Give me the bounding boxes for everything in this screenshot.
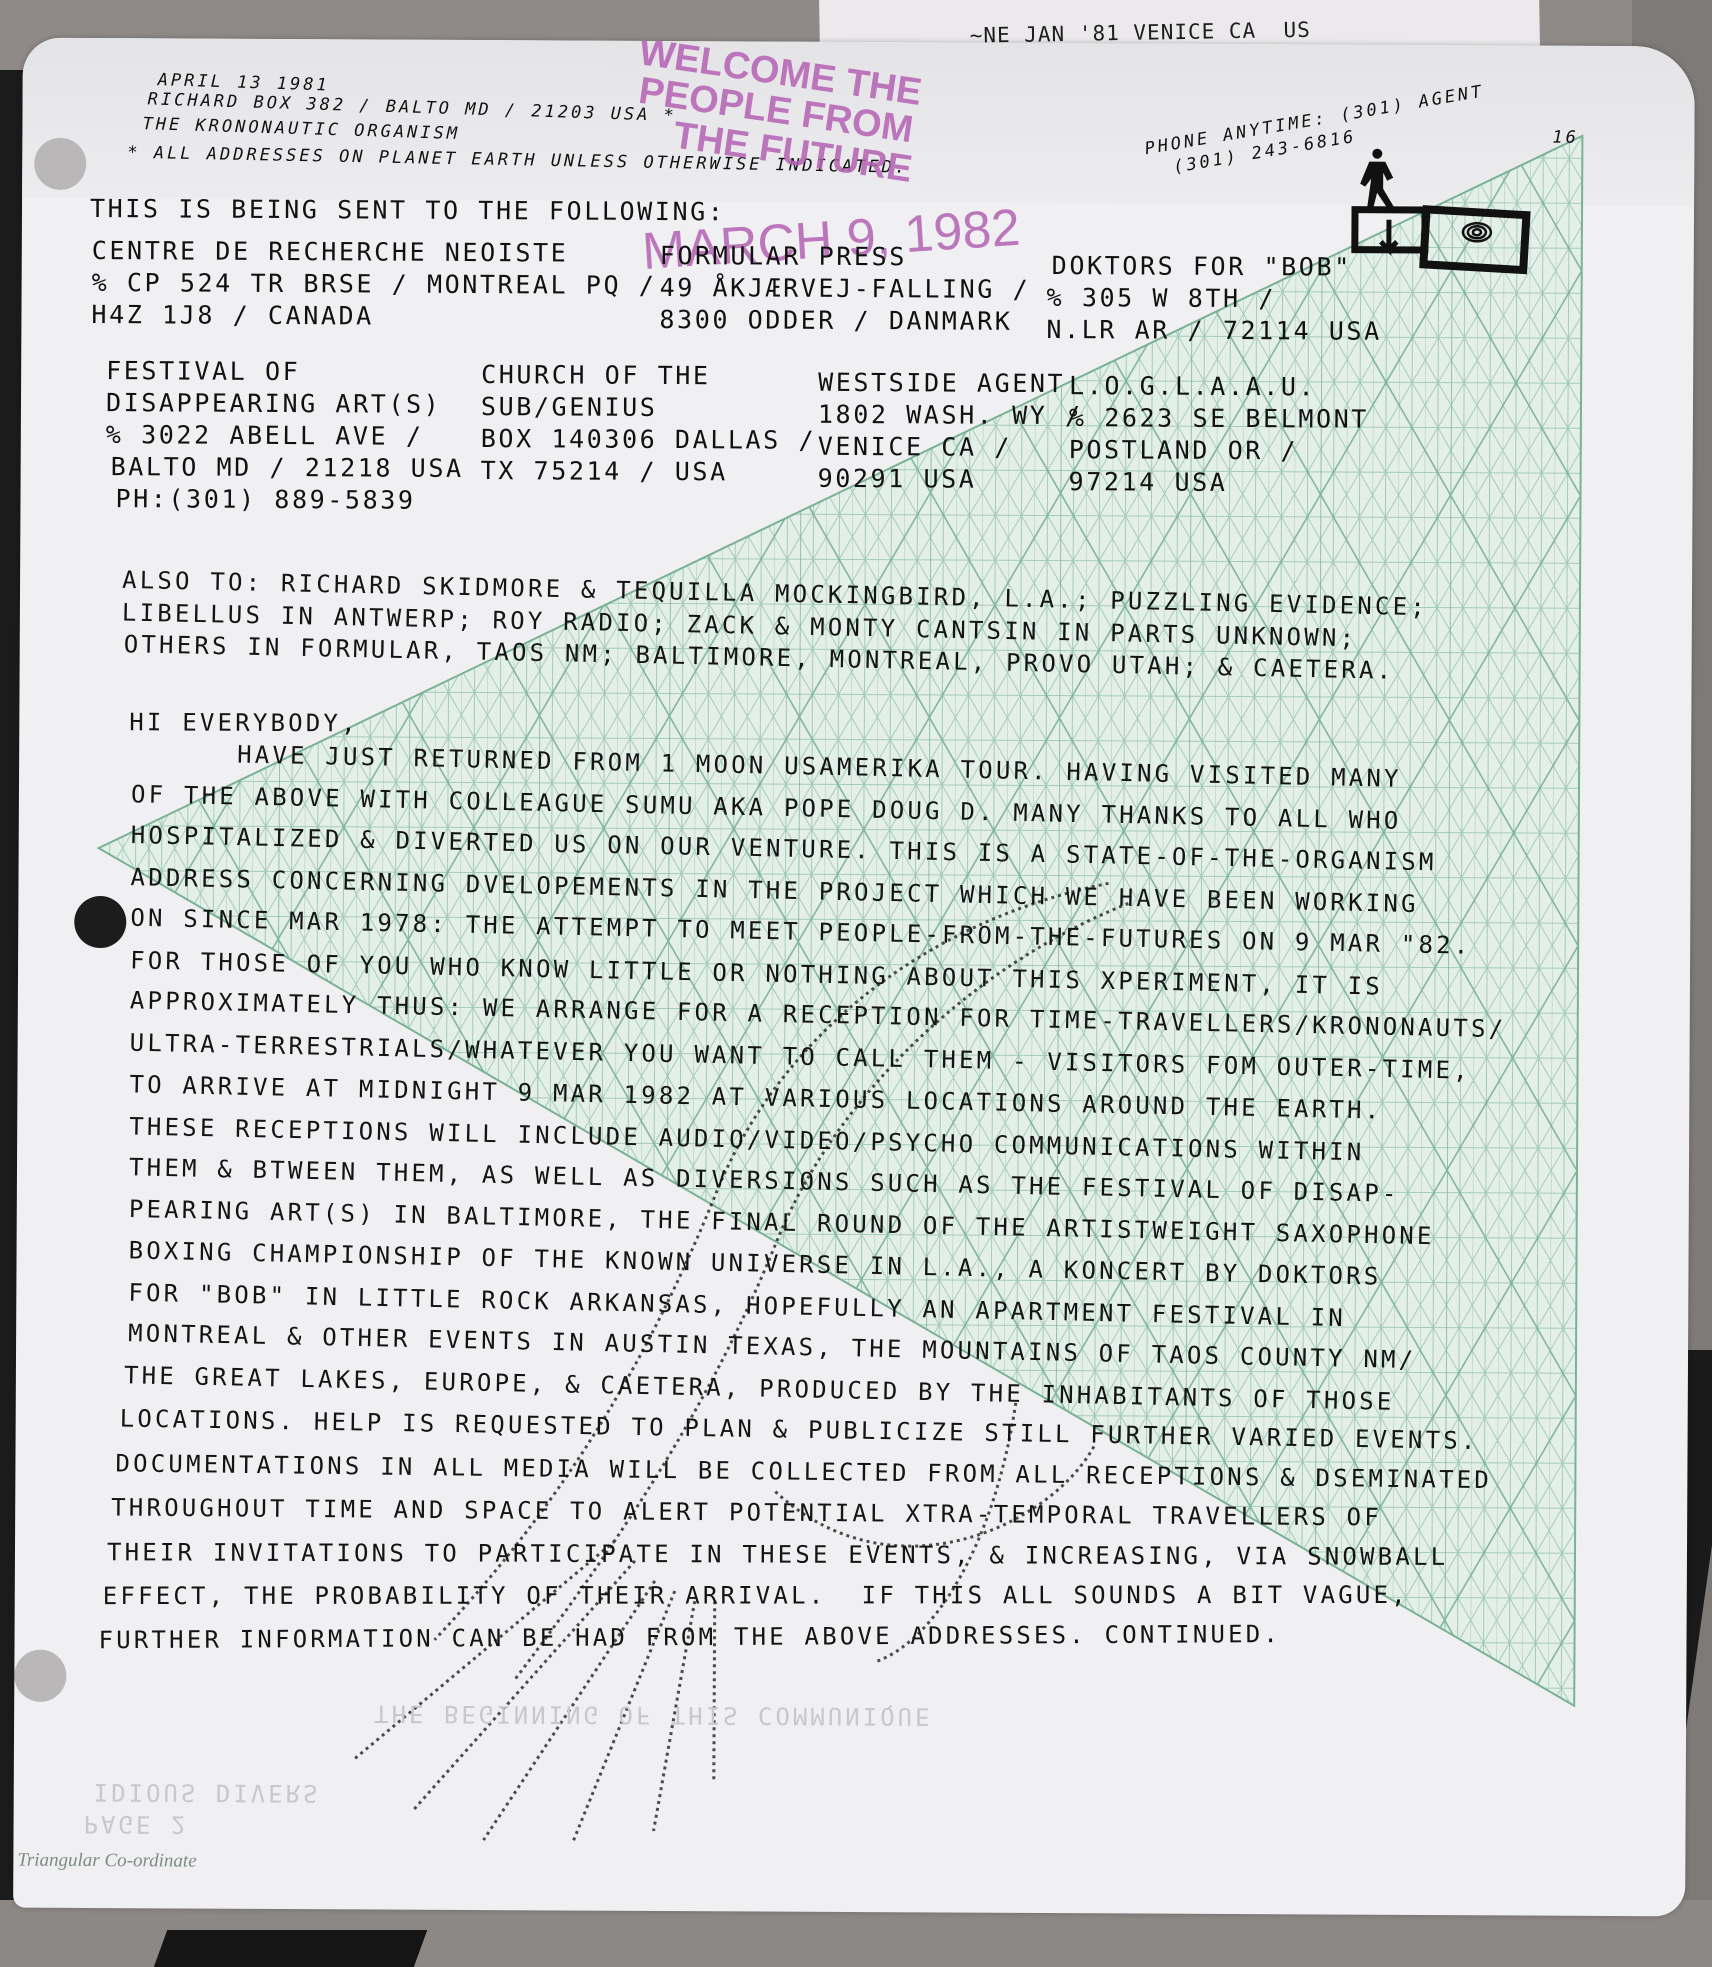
recipient-line: 1802 WASH. WY /	[818, 402, 1083, 428]
recipient-line: WESTSIDE AGENT	[818, 370, 1065, 396]
paper-brand: Triangular Co-ordinate	[17, 1850, 196, 1873]
recipient-line: CHURCH OF THE	[481, 362, 711, 388]
recipient-line: % 305 W 8TH /	[1046, 285, 1276, 311]
recipient-line: CENTRE DE RECHERCHE NEOISTE	[92, 238, 569, 265]
recipient-line: H4Z 1J8 / CANADA	[91, 302, 374, 328]
recipient-line: 97214 USA	[1069, 469, 1228, 495]
recipient-line: 49 ÅKJÆRVEJ-FALLING /	[660, 275, 1031, 302]
body-line: FURTHER INFORMATION CAN BE HAD FROM THE …	[98, 1622, 1281, 1652]
punch-hole	[14, 1650, 66, 1702]
show-through-text: THE BEGINNING OF THIS COMMUNIQUE	[374, 1699, 933, 1730]
recipient-line: N.LR AR / 72114 USA	[1046, 317, 1382, 344]
recipient-line: DISAPPEARING ART(S)	[106, 390, 442, 417]
sent-to-heading: THIS IS BEING SENT TO THE FOLLOWING:	[90, 196, 726, 224]
punch-hole	[34, 138, 86, 190]
recipient-line: FORMULAR PRESS	[660, 243, 907, 269]
recipient-line: SUB/GENIUS	[481, 394, 658, 420]
recipient-line: % CP 524 TR BRSE / MONTREAL PQ /	[92, 270, 657, 298]
recipient-line: L.O.G.L.A.A.U.	[1069, 373, 1316, 399]
recipient-line: TX 75214 / USA	[481, 458, 728, 484]
show-through-text: IDIOUS DIVERS	[94, 1778, 321, 1807]
recipient-line: 8300 ODDER / DANMARK	[659, 307, 1012, 334]
recipient-line: 90291 USA	[818, 466, 977, 492]
show-through-text: PAGE 2	[83, 1810, 188, 1839]
recipient-line: % 3022 ABELL AVE /	[106, 422, 424, 449]
recipient-line: BOX 140306 DALLAS /	[481, 426, 817, 453]
background-photo-fragment	[153, 1930, 428, 1967]
letter-sheet: APRIL 13 1981 RICHARD BOX 382 / BALTO MD…	[13, 38, 1695, 1917]
body-line: EFFECT, THE PROBABILITY OF THEIR ARRIVAL…	[103, 1583, 1409, 1608]
agent-number: 16	[1552, 130, 1579, 147]
punch-hole	[74, 896, 126, 948]
recipient-line: FESTIVAL OF	[106, 358, 300, 384]
recipient-line: VENICE CA /	[818, 434, 1012, 460]
recipient-line: BALTO MD / 21218 USA	[111, 454, 464, 481]
recipient-line: PH:(301) 889-5839	[115, 486, 415, 513]
greeting: HI EVERYBODY,	[129, 710, 359, 735]
recipient-line: POSTLAND OR /	[1069, 437, 1299, 463]
recipient-line: % 2623 SE BELMONT	[1069, 405, 1369, 432]
body-line: THEIR INVITATIONS TO PARTICIPATE IN THES…	[107, 1540, 1448, 1569]
time-traveller-figure-icon	[1347, 140, 1548, 286]
recipient-line: DOKTORS FOR "BOB"	[1052, 253, 1352, 280]
